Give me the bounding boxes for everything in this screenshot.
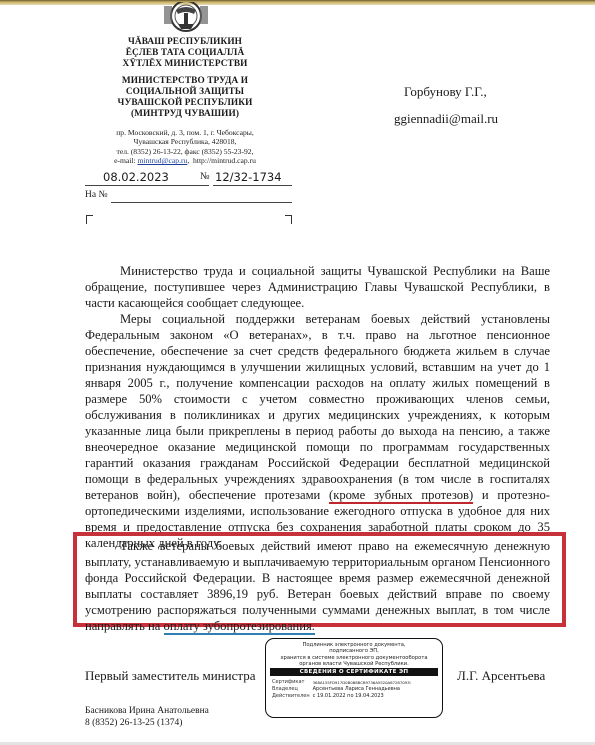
- document-date: 08.02.2023: [103, 170, 169, 184]
- contacts-line: e-mail: mintrud@cap.ru, http://mintrud.c…: [70, 156, 300, 165]
- reply-to-row: На №: [85, 190, 292, 203]
- valid-label: Действителен: [272, 693, 313, 700]
- document-number: 12/32-1734: [215, 170, 282, 184]
- valid-value: с 19.01.2022 по 19.04.2023: [313, 693, 414, 700]
- russian-name-line: (МИНТРУД ЧУВАШИИ): [70, 109, 300, 120]
- page-top-border: [0, 0, 595, 5]
- address-line: пр. Московский, д. 3, пом. 1, г. Чебокса…: [70, 128, 300, 137]
- address-corner-left: [86, 215, 93, 224]
- highlight-except-dentures: (кроме зубных протезов): [329, 488, 473, 504]
- recipient-name: Горбунову Г.Г.,: [404, 84, 487, 100]
- stamp-intro: Подлинник электронного документа, подпис…: [266, 642, 442, 667]
- reply-to-label: На №: [85, 190, 108, 200]
- number-sign: №: [200, 171, 210, 182]
- ministry-header: ЧĂВАШ РЕСПУБЛИКИН ĔÇЛЕВ ТАТА СОЦИАЛЛĂ ХŸ…: [70, 37, 300, 120]
- owner-value: Арсентьева Лариса Геннадьевна: [313, 686, 414, 693]
- reply-to-line: [111, 202, 292, 203]
- letter-body: Министерство труда и социальной защиты Ч…: [85, 263, 550, 551]
- russian-name-line: ЧУВАШСКОЙ РЕСПУБЛИКИ: [70, 98, 300, 109]
- recipient-email: ggiennadii@mail.ru: [394, 111, 498, 127]
- electronic-signature-stamp: Подлинник электронного документа, подпис…: [265, 638, 443, 718]
- cert-label: Сертификат: [272, 679, 313, 686]
- highlight-dental-prosthetics: оплату зубопротезирования.: [164, 619, 315, 635]
- certificate-details: Сертификат368A155FD917D0B0B8BCB9736A5520…: [272, 679, 414, 700]
- russian-name-line: МИНИСТЕРСТВО ТРУДА И: [70, 76, 300, 87]
- address-corner-right: [285, 215, 292, 224]
- paragraph-monthly-payment: Также ветераны боевых действий имеют пра…: [85, 538, 550, 634]
- signer-title: Первый заместитель министра: [85, 668, 255, 684]
- ministry-address: пр. Московский, д. 3, пом. 1, г. Чебокса…: [70, 128, 300, 166]
- cert-value: 368A155FD917D0B0B8BCB9736A5520A87287093l: [313, 679, 414, 686]
- ministry-email-link[interactable]: mintrud@cap.ru: [138, 156, 188, 165]
- ministry-website[interactable]: http://mintrud.cap.ru: [193, 156, 256, 165]
- email-label: e-mail:: [114, 156, 137, 165]
- executor-name: Басникова Ирина Анатольевна: [85, 706, 209, 718]
- russian-name-line: СОЦИАЛЬНОЙ ЗАЩИТЫ: [70, 87, 300, 98]
- paragraph-benefits: Меры социальной поддержки ветеранам боев…: [85, 311, 550, 551]
- highlighted-paragraph: Также ветераны боевых действий имеют пра…: [85, 538, 550, 634]
- phone-fax-line: тел. (8352) 26-13-22, факс (8352) 55-23-…: [70, 147, 300, 156]
- registration-date-number: 08.02.2023 № 12/32-1734: [85, 170, 292, 186]
- chuvash-name-line: ХŸТЛĔХ МИНИСТЕРСТВИ: [70, 59, 300, 70]
- signer-name: Л.Г. Арсентьева: [457, 668, 545, 684]
- executor-phone: 8 (8352) 26-13-25 (1374): [85, 718, 209, 730]
- coat-of-arms-icon: [158, 2, 214, 36]
- chuvash-name-line: ЧĂВАШ РЕСПУБЛИКИН: [70, 37, 300, 48]
- paragraph-intro: Министерство труда и социальной защиты Ч…: [85, 263, 550, 311]
- chuvash-name-line: ĔÇЛЕВ ТАТА СОЦИАЛЛĂ: [70, 48, 300, 59]
- stamp-header: СВЕДЕНИЯ О СЕРТИФИКАТЕ ЭП: [270, 668, 438, 676]
- address-line: Чувашская Республика, 428018,: [70, 137, 300, 146]
- executor-info: Басникова Ирина Анатольевна 8 (8352) 26-…: [85, 706, 209, 729]
